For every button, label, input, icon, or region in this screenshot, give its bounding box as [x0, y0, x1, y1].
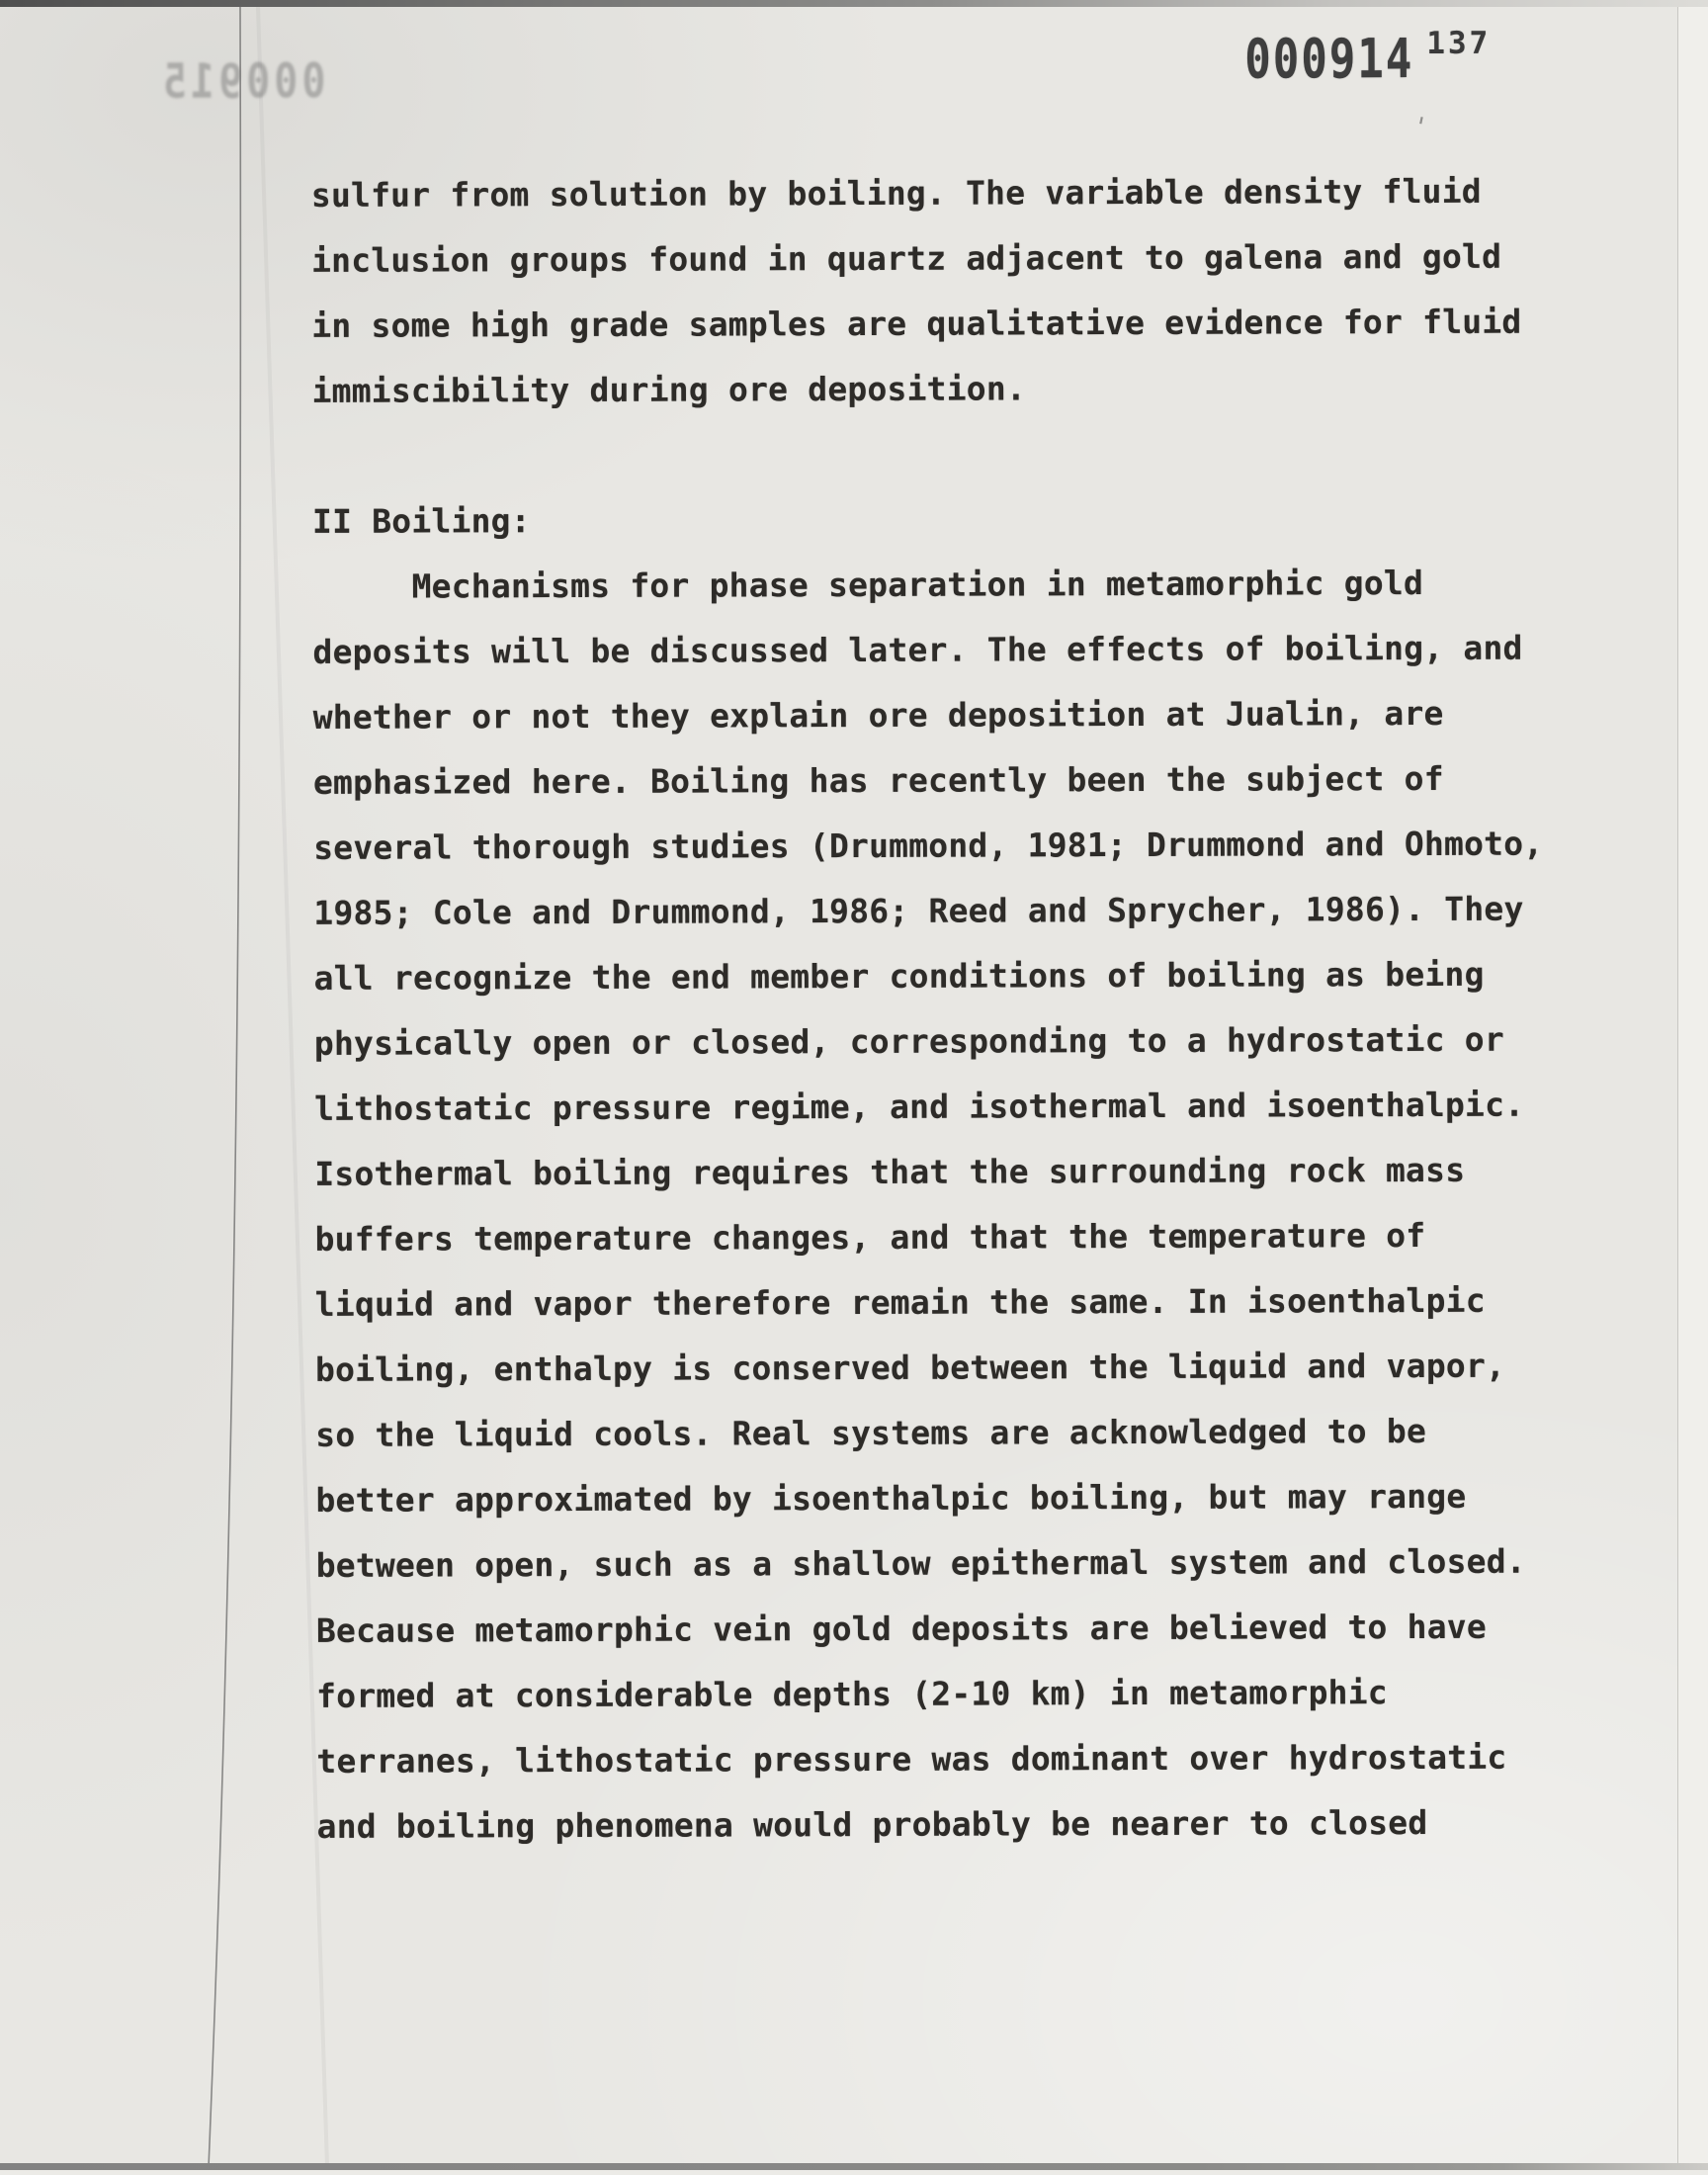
document-stamp-number: 000914 [1244, 28, 1413, 91]
scanner-edge-right [1677, 7, 1708, 2170]
scan-artifact-mark: ' [1409, 112, 1430, 144]
scanner-edge-bottom [0, 2163, 1708, 2170]
section-heading: II Boiling: [312, 488, 531, 555]
bleedthrough-stamp-number: 000915 [141, 54, 325, 110]
typed-content-layer: 000915 000914 137 ' sulfur from solution… [0, 0, 1708, 2175]
intro-paragraph: sulfur from solution by boiling. The var… [311, 159, 1522, 424]
scanned-document-page: 000915 000914 137 ' sulfur from solution… [0, 0, 1708, 2175]
page-number: 137 [1426, 26, 1491, 61]
section-paragraph: Mechanisms for phase separation in metam… [312, 551, 1547, 1860]
scanner-edge-bottom-light [0, 2170, 1708, 2175]
